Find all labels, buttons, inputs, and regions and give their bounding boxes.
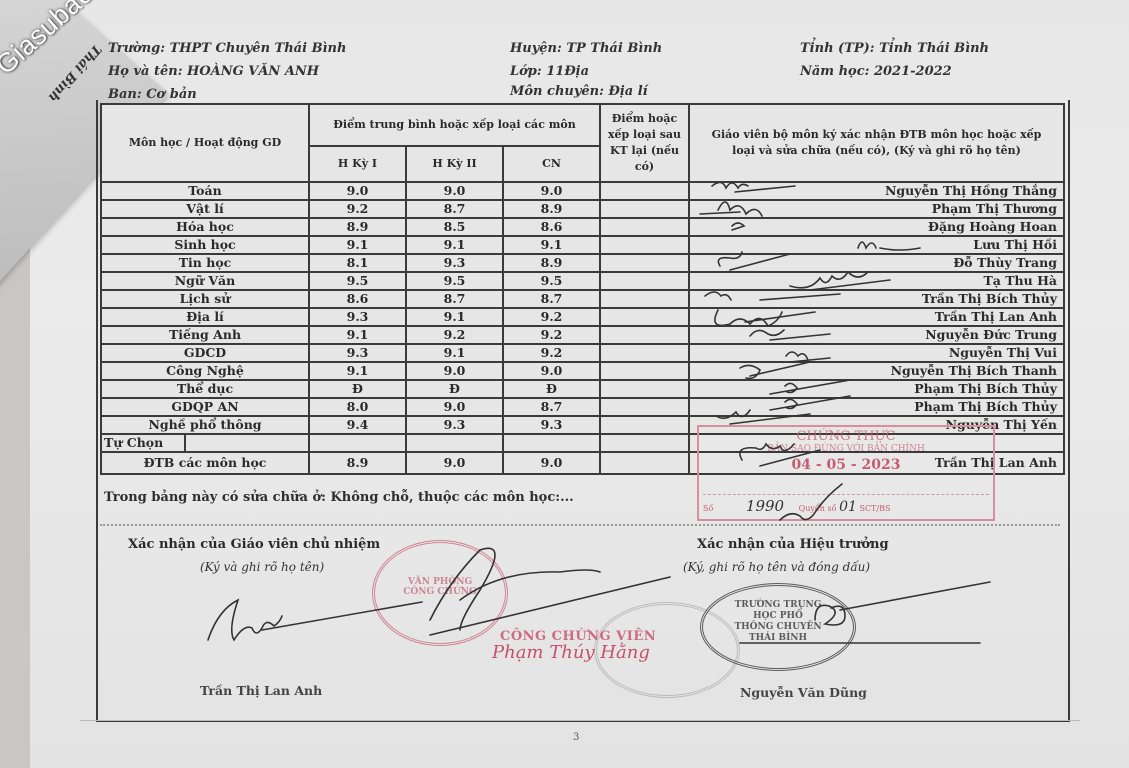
- header-teacher: Giáo viên bộ môn ký xác nhận ĐTB môn học…: [689, 104, 1064, 182]
- teacher-cell: Lưu Thị Hồi: [689, 236, 1064, 254]
- sem1-cell: 9.3: [309, 344, 406, 362]
- table-row: Tiếng Anh9.19.29.2Nguyễn Đức Trung: [101, 326, 1064, 344]
- sem1-cell: 9.2: [309, 200, 406, 218]
- sem1-cell: 9.4: [309, 416, 406, 434]
- year-cell: 9.5: [503, 272, 600, 290]
- retest-cell: [600, 344, 689, 362]
- sem2-cell: Đ: [406, 380, 503, 398]
- retest-cell: [600, 254, 689, 272]
- school-name: Trường: THPT Chuyên Thái Bình: [108, 41, 346, 56]
- header-year: CN: [503, 146, 600, 182]
- table-row: Toán9.09.09.0Nguyễn Thị Hồng Thắng: [101, 182, 1064, 200]
- cert-number: 1990: [746, 497, 784, 515]
- teacher-cell: Trần Thị Bích Thủy: [689, 290, 1064, 308]
- teacher-cell: Nguyễn Thị Hồng Thắng: [689, 182, 1064, 200]
- teacher-cell: Đỗ Thùy Trang: [689, 254, 1064, 272]
- cert-book-label: Quyển số: [799, 504, 837, 513]
- certification-stamp: CHỨNG THỰC BẢN SAO ĐÚNG VỚI BẢN CHÍNH 04…: [697, 425, 995, 521]
- teacher-cell: Trần Thị Lan Anh: [689, 308, 1064, 326]
- student-name: Họ và tên: HOÀNG VĂN ANH: [108, 64, 319, 79]
- retest-cell: [600, 218, 689, 236]
- sem2-cell: 9.1: [406, 308, 503, 326]
- correction-note: Trong bảng này có sửa chữa ở: Không chỗ,…: [104, 490, 574, 505]
- table-row: Lịch sử8.68.78.7Trần Thị Bích Thủy: [101, 290, 1064, 308]
- sem2-cell: 9.0: [406, 362, 503, 380]
- subject-cell: Thể dục: [101, 380, 309, 398]
- flap-text: Thái Bình: [45, 41, 104, 104]
- cert-book: 01: [839, 499, 857, 515]
- year-cell: 9.3: [503, 416, 600, 434]
- year-cell: 9.2: [503, 344, 600, 362]
- year-cell: [503, 434, 600, 452]
- average-year: 9.0: [503, 452, 600, 474]
- sem1-cell: [309, 434, 406, 452]
- sem1-cell: 8.9: [309, 218, 406, 236]
- retest-cell: [600, 308, 689, 326]
- sem1-cell: Đ: [309, 380, 406, 398]
- average-retest: [600, 452, 689, 474]
- subject-cell: GDCD: [101, 344, 309, 362]
- year-cell: 8.9: [503, 200, 600, 218]
- retest-cell: [600, 200, 689, 218]
- header-retest: Điểm hoặc xếp loại sau KT lại (nếu có): [600, 104, 689, 182]
- retest-cell: [600, 182, 689, 200]
- sem1-cell: 9.5: [309, 272, 406, 290]
- sem1-cell: 9.1: [309, 362, 406, 380]
- subject-cell: Toán: [101, 182, 309, 200]
- sem2-cell: [406, 434, 503, 452]
- teacher-cell: Nguyễn Thị Bích Thanh: [689, 362, 1064, 380]
- subject-cell: Địa lí: [101, 308, 309, 326]
- year-cell: Đ: [503, 380, 600, 398]
- subject-cell: Tin học: [101, 254, 309, 272]
- table-row: Công Nghệ9.19.09.0Nguyễn Thị Bích Thanh: [101, 362, 1064, 380]
- notary-name: Phạm Thúy Hằng: [492, 642, 650, 663]
- dotted-separator: [100, 524, 1060, 526]
- teacher-cell: Đặng Hoàng Hoan: [689, 218, 1064, 236]
- sem1-cell: 9.1: [309, 236, 406, 254]
- cert-book-suffix: SCT/BS: [859, 504, 890, 513]
- table-row: Địa lí9.39.19.2Trần Thị Lan Anh: [101, 308, 1064, 326]
- district: Huyện: TP Thái Bình: [510, 41, 662, 56]
- year-cell: 8.9: [503, 254, 600, 272]
- sem1-cell: 8.6: [309, 290, 406, 308]
- retest-cell: [600, 380, 689, 398]
- province: Tỉnh (TP): Tỉnh Thái Bình: [800, 41, 989, 56]
- subject-cell: GDQP AN: [101, 398, 309, 416]
- cert-line1: CHỨNG THỰC: [699, 429, 993, 444]
- year-cell: 9.0: [503, 362, 600, 380]
- subject-cell: Công Nghệ: [101, 362, 309, 380]
- subject-cell: Nghề phổ thông: [101, 416, 309, 434]
- table-row: Sinh học9.19.19.1Lưu Thị Hồi: [101, 236, 1064, 254]
- retest-cell: [600, 362, 689, 380]
- header-subject: Môn học / Hoạt động GD: [101, 104, 309, 182]
- cert-date: 04 - 05 - 2023: [699, 457, 993, 473]
- table-row: GDQP AN8.09.08.7Phạm Thị Bích Thủy: [101, 398, 1064, 416]
- cert-line2: BẢN SAO ĐÚNG VỚI BẢN CHÍNH: [699, 444, 993, 454]
- year-cell: 8.7: [503, 290, 600, 308]
- retest-cell: [600, 326, 689, 344]
- retest-cell: [600, 236, 689, 254]
- school-stamp: TRƯỜNG TRUNG HỌC PHỔ THÔNG CHUYÊN THÁI B…: [700, 583, 856, 671]
- retest-cell: [600, 290, 689, 308]
- specialty: Môn chuyên: Địa lí: [510, 84, 648, 99]
- subject-cell: Hóa học: [101, 218, 309, 236]
- sem2-cell: 8.7: [406, 290, 503, 308]
- table-row: Ngữ Văn9.59.59.5Tạ Thu Hà: [101, 272, 1064, 290]
- year-cell: 9.0: [503, 182, 600, 200]
- year-cell: 8.6: [503, 218, 600, 236]
- principal-title: Xác nhận của Hiệu trưởng: [697, 537, 889, 552]
- sem1-cell: 9.3: [309, 308, 406, 326]
- teacher-cell: Phạm Thị Thương: [689, 200, 1064, 218]
- header-sem2: H Kỳ II: [406, 146, 503, 182]
- sem2-cell: 9.3: [406, 416, 503, 434]
- subject-cell: Sinh học: [101, 236, 309, 254]
- teacher-cell: Phạm Thị Bích Thủy: [689, 380, 1064, 398]
- sem2-cell: 9.0: [406, 398, 503, 416]
- subject-cell: Vật lí: [101, 200, 309, 218]
- homeroom-subtitle: (Ký và ghi rõ họ tên): [200, 560, 324, 574]
- sem2-cell: 9.0: [406, 182, 503, 200]
- header-average-group: Điểm trung bình hoặc xếp loại các môn: [309, 104, 600, 146]
- year-cell: 9.2: [503, 308, 600, 326]
- homeroom-name: Trần Thị Lan Anh: [200, 683, 322, 698]
- sem1-cell: 9.1: [309, 326, 406, 344]
- year-cell: 8.7: [503, 398, 600, 416]
- sem2-cell: 8.5: [406, 218, 503, 236]
- year-cell: 9.2: [503, 326, 600, 344]
- sem2-cell: 9.3: [406, 254, 503, 272]
- table-row: Hóa học8.98.58.6Đặng Hoàng Hoan: [101, 218, 1064, 236]
- sem2-cell: 9.1: [406, 344, 503, 362]
- table-row: Thể dụcĐĐĐPhạm Thị Bích Thủy: [101, 380, 1064, 398]
- elective-label: Tự Chọn: [102, 435, 186, 451]
- school-year: Năm học: 2021-2022: [800, 64, 952, 79]
- average-sem1: 8.9: [309, 452, 406, 474]
- teacher-cell: Nguyễn Đức Trung: [689, 326, 1064, 344]
- cert-number-label: Số: [703, 504, 713, 513]
- notary-office-stamp: VĂN PHÒNG CÔNG CHỨNG: [372, 540, 508, 646]
- grades-table: Môn học / Hoạt động GD Điểm trung bình h…: [100, 103, 1065, 475]
- page-bottom-rule: [80, 720, 1080, 721]
- retest-cell: [600, 416, 689, 434]
- elective-label-cell: Tự Chọn: [101, 434, 309, 452]
- retest-cell: [600, 398, 689, 416]
- page-number: 3: [573, 732, 579, 743]
- teacher-cell: Nguyễn Thị Vui: [689, 344, 1064, 362]
- sem1-cell: 8.0: [309, 398, 406, 416]
- sem1-cell: 9.0: [309, 182, 406, 200]
- subject-cell: Lịch sử: [101, 290, 309, 308]
- retest-cell: [600, 434, 689, 452]
- retest-cell: [600, 272, 689, 290]
- teacher-cell: Phạm Thị Bích Thủy: [689, 398, 1064, 416]
- table-row: Vật lí9.28.78.9Phạm Thị Thương: [101, 200, 1064, 218]
- year-cell: 9.1: [503, 236, 600, 254]
- average-label: ĐTB các môn học: [101, 452, 309, 474]
- table-row: GDCD9.39.19.2Nguyễn Thị Vui: [101, 344, 1064, 362]
- header-sem1: H Kỳ I: [309, 146, 406, 182]
- subject-cell: Ngữ Văn: [101, 272, 309, 290]
- homeroom-title: Xác nhận của Giáo viên chủ nhiệm: [128, 537, 380, 552]
- sem2-cell: 9.2: [406, 326, 503, 344]
- sem2-cell: 9.1: [406, 236, 503, 254]
- class: Lớp: 11Địa: [510, 64, 589, 79]
- average-sem2: 9.0: [406, 452, 503, 474]
- table-row: Tin học8.19.38.9Đỗ Thùy Trang: [101, 254, 1064, 272]
- sem1-cell: 8.1: [309, 254, 406, 272]
- teacher-cell: Tạ Thu Hà: [689, 272, 1064, 290]
- subject-cell: Tiếng Anh: [101, 326, 309, 344]
- principal-subtitle: (Ký, ghi rõ họ tên và đóng dấu): [683, 560, 870, 574]
- sem2-cell: 8.7: [406, 200, 503, 218]
- principal-name: Nguyễn Văn Dũng: [740, 685, 867, 700]
- sem2-cell: 9.5: [406, 272, 503, 290]
